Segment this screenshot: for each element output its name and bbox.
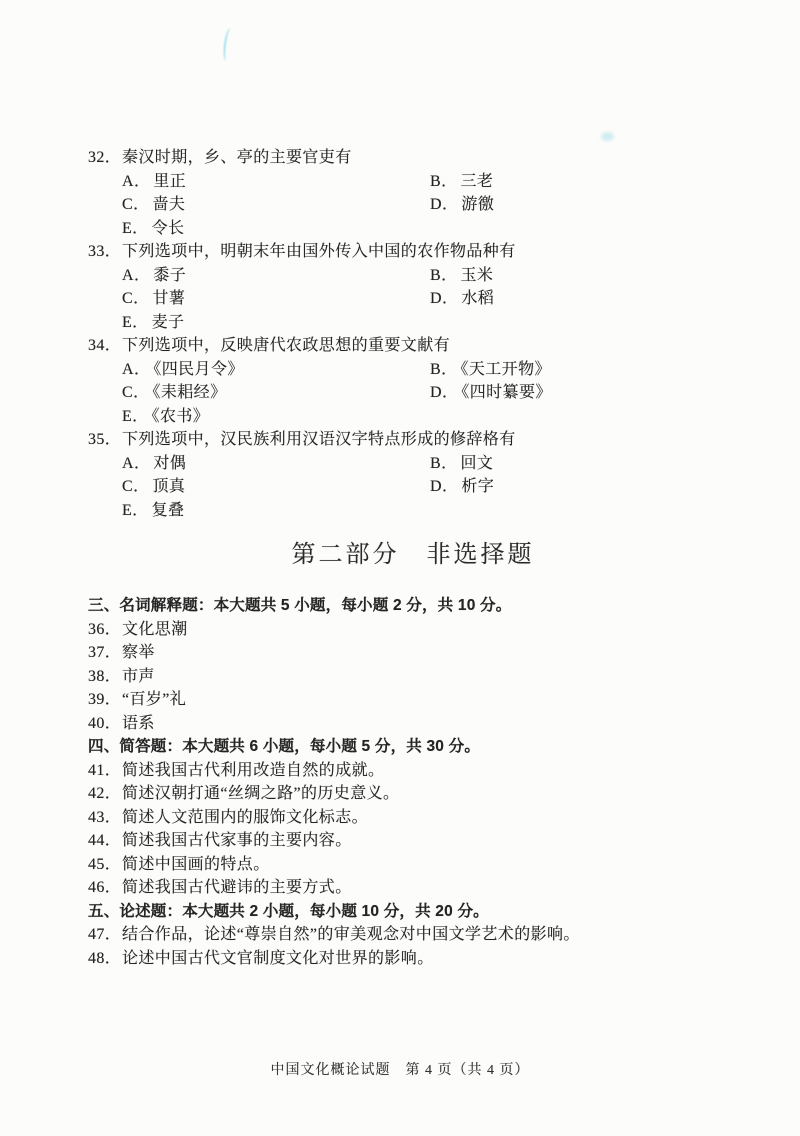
option-row: A．对偶 B．回文: [88, 452, 738, 476]
option-label: A．: [122, 173, 150, 190]
item-text: 简述人文范围内的服饰文化标志。: [122, 806, 368, 830]
item-number: 39．: [88, 688, 122, 712]
option-label: D．: [430, 290, 458, 307]
option-text: 游徼: [461, 196, 494, 213]
exam-item: 38．市声: [88, 665, 738, 689]
question-stem: 下列选项中，反映唐代农政思想的重要文献有: [122, 334, 450, 358]
exam-item: 41．简述我国古代利用改造自然的成就。: [88, 759, 738, 783]
option-c: C．啬夫: [122, 193, 430, 217]
item-number: 36．: [88, 618, 122, 642]
question-stem-row: 33． 下列选项中，明朝末年由国外传入中国的农作物品种有: [88, 240, 738, 264]
item-text: “百岁”礼: [122, 688, 186, 712]
option-text: 啬夫: [152, 196, 185, 213]
item-number: 42．: [88, 782, 122, 806]
option-row: A．里正 B．三老: [88, 170, 738, 194]
exam-item: 42．简述汉朝打通“丝绸之路”的历史意义。: [88, 782, 738, 806]
option-label: E．: [122, 314, 149, 331]
question-stem: 秦汉时期，乡、亭的主要官吏有: [122, 146, 352, 170]
option-text: 对偶: [153, 455, 186, 472]
item-text: 简述我国古代利用改造自然的成就。: [122, 759, 384, 783]
section-short-answer: 四、简答题：本大题共 6 小题，每小题 5 分，共 30 分。 41．简述我国古…: [88, 735, 738, 900]
option-text: 析字: [461, 478, 494, 495]
item-number: 44．: [88, 829, 122, 853]
option-label: D．: [430, 384, 458, 401]
option-text: 复叠: [152, 502, 185, 519]
item-number: 46．: [88, 876, 122, 900]
option-b: B．《天工开物》: [430, 358, 738, 382]
item-number: 43．: [88, 806, 122, 830]
option-text: 里正: [153, 173, 186, 190]
option-row: E．令长: [88, 217, 738, 241]
item-text: 简述中国画的特点。: [122, 853, 270, 877]
option-text: 顶真: [152, 478, 185, 495]
section-essay: 五、论述题：本大题共 2 小题，每小题 10 分，共 20 分。 47．结合作品…: [88, 900, 738, 971]
scan-artifact-squiggle: [222, 28, 235, 62]
mc-question-34: 34． 下列选项中，反映唐代农政思想的重要文献有 A．《四民月令》 B．《天工开…: [88, 334, 738, 428]
option-row: C．甘薯 D．水稻: [88, 287, 738, 311]
option-row: C．啬夫 D．游徼: [88, 193, 738, 217]
option-row: A．《四民月令》 B．《天工开物》: [88, 358, 738, 382]
option-text: 水稻: [461, 290, 494, 307]
option-label: E．: [122, 502, 149, 519]
option-a: A．里正: [122, 170, 430, 194]
question-stem: 下列选项中，汉民族利用汉语汉字特点形成的修辞格有: [122, 428, 516, 452]
exam-item: 39．“百岁”礼: [88, 688, 738, 712]
exam-item: 40．语系: [88, 712, 738, 736]
option-e: E．复叠: [122, 499, 436, 523]
exam-item: 43．简述人文范围内的服饰文化标志。: [88, 806, 738, 830]
option-text: 《耒耜经》: [152, 384, 226, 401]
option-e: E．《农书》: [122, 405, 436, 429]
option-text: 《四民月令》: [153, 361, 243, 378]
exam-item: 46．简述我国古代避讳的主要方式。: [88, 876, 738, 900]
option-b: B．回文: [430, 452, 738, 476]
option-text: 麦子: [152, 314, 185, 331]
section-heading: 三、名词解释题：本大题共 5 小题，每小题 2 分，共 10 分。: [88, 594, 738, 618]
option-label: B．: [430, 267, 457, 284]
item-number: 41．: [88, 759, 122, 783]
item-text: 简述我国古代避讳的主要方式。: [122, 876, 352, 900]
option-text: 回文: [460, 455, 493, 472]
option-text: 玉米: [460, 267, 493, 284]
question-number: 32．: [88, 146, 122, 170]
section-heading: 五、论述题：本大题共 2 小题，每小题 10 分，共 20 分。: [88, 900, 738, 924]
item-text: 文化思潮: [122, 618, 188, 642]
question-number: 35．: [88, 428, 122, 452]
mc-question-35: 35． 下列选项中，汉民族利用汉语汉字特点形成的修辞格有 A．对偶 B．回文 C…: [88, 428, 738, 522]
item-number: 40．: [88, 712, 122, 736]
option-a: A．对偶: [122, 452, 430, 476]
option-text: 令长: [152, 220, 185, 237]
item-number: 47．: [88, 923, 122, 947]
option-text: 《天工开物》: [460, 361, 550, 378]
option-b: B．玉米: [430, 264, 738, 288]
option-label: C．: [122, 478, 149, 495]
page-footer: 中国文化概论试题 第 4 页（共 4 页）: [0, 1060, 800, 1082]
option-label: D．: [430, 196, 458, 213]
option-row: E．《农书》: [88, 405, 738, 429]
option-label: C．: [122, 196, 149, 213]
option-row: E．麦子: [88, 311, 738, 335]
question-number: 34．: [88, 334, 122, 358]
scan-artifact-speck: [601, 132, 614, 141]
mc-question-32: 32． 秦汉时期，乡、亭的主要官吏有 A．里正 B．三老 C．啬夫 D．游徼 E…: [88, 146, 738, 240]
option-label: C．: [122, 290, 149, 307]
item-text: 简述汉朝打通“丝绸之路”的历史意义。: [122, 782, 399, 806]
option-row: E．复叠: [88, 499, 738, 523]
exam-item: 36．文化思潮: [88, 618, 738, 642]
item-text: 语系: [122, 712, 155, 736]
option-label: C．: [122, 384, 149, 401]
exam-item: 45．简述中国画的特点。: [88, 853, 738, 877]
option-label: D．: [430, 478, 458, 495]
item-number: 45．: [88, 853, 122, 877]
question-number: 33．: [88, 240, 122, 264]
option-d: D．析字: [430, 475, 738, 499]
section-terms: 三、名词解释题：本大题共 5 小题，每小题 2 分，共 10 分。 36．文化思…: [88, 594, 738, 735]
option-d: D．游徼: [430, 193, 738, 217]
option-text: 《四时纂要》: [461, 384, 551, 401]
option-e: E．麦子: [122, 311, 436, 335]
item-text: 论述中国古代文官制度文化对世界的影响。: [122, 947, 434, 971]
question-stem-row: 32． 秦汉时期，乡、亭的主要官吏有: [88, 146, 738, 170]
option-label: E．: [122, 220, 149, 237]
question-stem-row: 35． 下列选项中，汉民族利用汉语汉字特点形成的修辞格有: [88, 428, 738, 452]
exam-item: 47．结合作品，论述“尊崇自然”的审美观念对中国文学艺术的影响。: [88, 923, 738, 947]
item-text: 简述我国古代家事的主要内容。: [122, 829, 352, 853]
option-a: A．黍子: [122, 264, 430, 288]
item-number: 48．: [88, 947, 122, 971]
option-label: A．: [122, 455, 150, 472]
option-label: E．: [122, 408, 149, 425]
mc-question-33: 33． 下列选项中，明朝末年由国外传入中国的农作物品种有 A．黍子 B．玉米 C…: [88, 240, 738, 334]
exam-item: 48．论述中国古代文官制度文化对世界的影响。: [88, 947, 738, 971]
exam-item: 44．简述我国古代家事的主要内容。: [88, 829, 738, 853]
option-d: D．水稻: [430, 287, 738, 311]
question-stem: 下列选项中，明朝末年由国外传入中国的农作物品种有: [122, 240, 516, 264]
exam-content: 32． 秦汉时期，乡、亭的主要官吏有 A．里正 B．三老 C．啬夫 D．游徼 E…: [88, 146, 738, 970]
question-stem-row: 34． 下列选项中，反映唐代农政思想的重要文献有: [88, 334, 738, 358]
section-heading: 四、简答题：本大题共 6 小题，每小题 5 分，共 30 分。: [88, 735, 738, 759]
option-c: C．顶真: [122, 475, 430, 499]
option-label: B．: [430, 455, 457, 472]
option-c: C．甘薯: [122, 287, 430, 311]
part-two-heading: 第二部分 非选择题: [88, 537, 738, 573]
option-text: 《农书》: [152, 408, 210, 425]
option-label: B．: [430, 361, 457, 378]
option-e: E．令长: [122, 217, 436, 241]
option-row: C．顶真 D．析字: [88, 475, 738, 499]
item-number: 37．: [88, 641, 122, 665]
item-text: 市声: [122, 665, 155, 689]
option-text: 三老: [460, 173, 493, 190]
option-row: A．黍子 B．玉米: [88, 264, 738, 288]
option-b: B．三老: [430, 170, 738, 194]
option-text: 甘薯: [152, 290, 185, 307]
option-row: C．《耒耜经》 D．《四时纂要》: [88, 381, 738, 405]
item-text: 结合作品，论述“尊崇自然”的审美观念对中国文学艺术的影响。: [122, 923, 580, 947]
exam-item: 37．察举: [88, 641, 738, 665]
option-d: D．《四时纂要》: [430, 381, 738, 405]
option-text: 黍子: [153, 267, 186, 284]
option-a: A．《四民月令》: [122, 358, 430, 382]
option-c: C．《耒耜经》: [122, 381, 430, 405]
option-label: A．: [122, 361, 150, 378]
option-label: B．: [430, 173, 457, 190]
exam-page: 32． 秦汉时期，乡、亭的主要官吏有 A．里正 B．三老 C．啬夫 D．游徼 E…: [0, 0, 800, 1136]
option-label: A．: [122, 267, 150, 284]
item-text: 察举: [122, 641, 155, 665]
item-number: 38．: [88, 665, 122, 689]
